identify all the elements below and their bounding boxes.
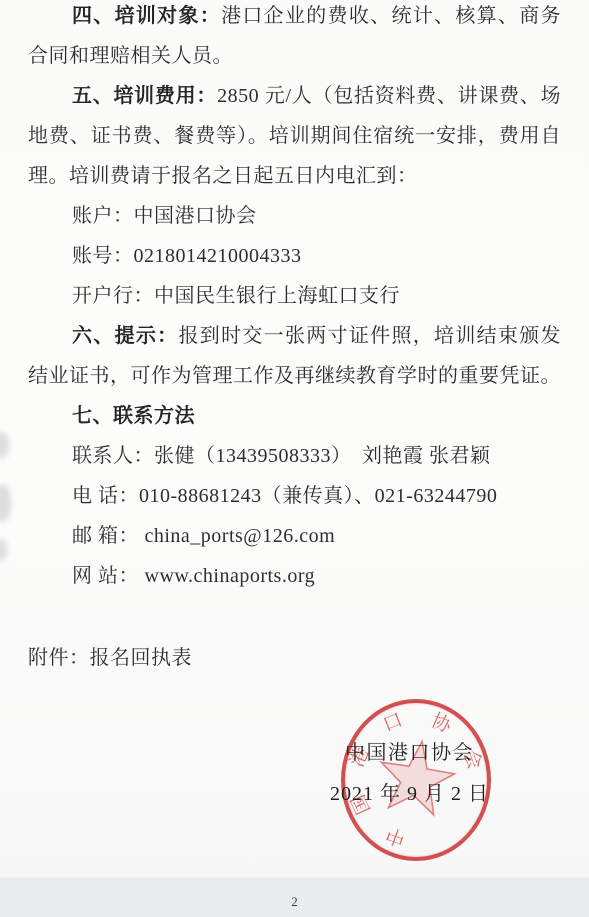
line-bank-account-number: 账号：0218014210004333 <box>28 236 561 276</box>
scan-smudge <box>0 432 9 458</box>
signature-date: 2021 年 9 月 2 日 <box>330 777 489 806</box>
line-text: 开户行：中国民生银行上海虹口支行 <box>72 285 400 307</box>
paragraph-training-audience: 四、培训对象：港口企业的费收、统计、核算、商务合同和理赔相关人员。 <box>28 0 561 76</box>
line-contact-person: 联系人：张健（13439508333） 刘艳霞 张君颖 <box>28 436 561 476</box>
attachment-line: 附件：报名回执表 <box>28 638 192 678</box>
heading-contact-method: 七、联系方法 <box>28 396 561 436</box>
line-bank-account-name: 账户：中国港口协会 <box>28 196 561 236</box>
scan-smudge <box>0 484 11 522</box>
scan-smudge <box>0 539 7 561</box>
line-text: 网 站： www.chinaports.org <box>72 565 315 587</box>
page-number: 2 <box>0 894 589 910</box>
section-heading-4: 四、培训对象： <box>72 5 221 27</box>
signature-organization: 中国港口协会 <box>345 736 474 765</box>
paragraph-training-fee: 五、培训费用：2850 元/人（包括资料费、讲课费、场地费、证书费、餐费等）。培… <box>28 76 561 196</box>
document-page: 四、培训对象：港口企业的费收、统计、核算、商务合同和理赔相关人员。 五、培训费用… <box>0 0 589 917</box>
line-text: 邮 箱： china_ports@126.com <box>72 525 335 547</box>
section-heading-7: 七、联系方法 <box>72 405 195 427</box>
line-website: 网 站： www.chinaports.org <box>28 556 561 596</box>
section-heading-6: 六、提示： <box>72 325 178 347</box>
line-text: 账号：0218014210004333 <box>72 245 302 267</box>
line-phone: 电 话：010-88681243（兼传真）、021-63244790 <box>28 476 561 516</box>
section-heading-5: 五、培训费用： <box>72 85 217 107</box>
line-email: 邮 箱： china_ports@126.com <box>28 516 561 556</box>
line-text: 账户：中国港口协会 <box>72 205 257 227</box>
line-text: 联系人：张健（13439508333） 刘艳霞 张君颖 <box>72 445 491 467</box>
line-bank-branch: 开户行：中国民生银行上海虹口支行 <box>28 276 561 316</box>
paragraph-notice: 六、提示：报到时交一张两寸证件照，培训结束颁发结业证书，可作为管理工作及再继续教… <box>28 316 561 396</box>
line-text: 电 话：010-88681243（兼传真）、021-63244790 <box>72 485 497 507</box>
document-body: 四、培训对象：港口企业的费收、统计、核算、商务合同和理赔相关人员。 五、培训费用… <box>28 0 561 596</box>
